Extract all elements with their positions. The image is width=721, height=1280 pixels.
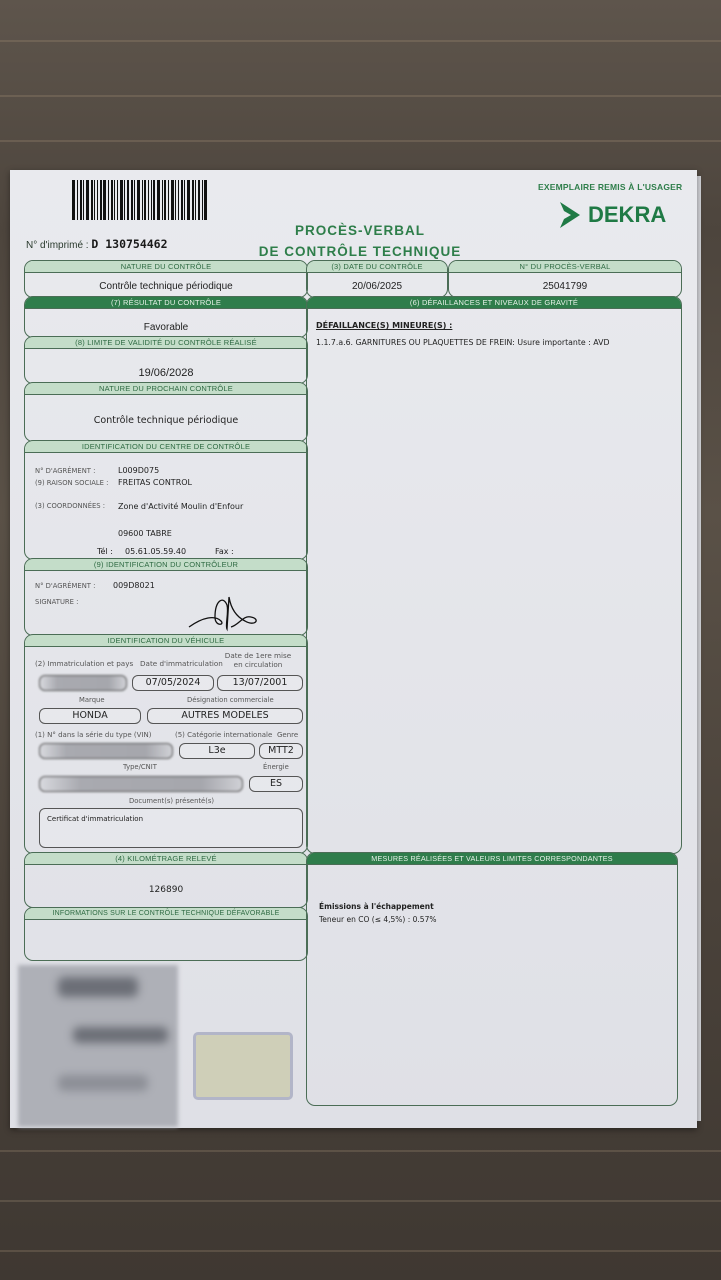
numero-pv-value: 25041799 — [449, 281, 681, 292]
centre-tel-value: 05.61.05.59.40 — [125, 547, 186, 556]
nature-controle-value: Contrôle technique périodique — [25, 281, 307, 292]
marque-value: HONDA — [39, 708, 141, 724]
mesures-header: MESURES RÉALISÉES ET VALEURS LIMITES COR… — [307, 853, 677, 865]
defaillances-header: (6) DÉFAILLANCES ET NIVEAUX DE GRAVITÉ — [307, 297, 681, 309]
immat-field-redacted — [39, 675, 127, 691]
prochain-controle-box: NATURE DU PROCHAIN CONTRÔLE Contrôle tec… — [24, 382, 308, 442]
vehicule-box: IDENTIFICATION DU VÉHICULE (2) Immatricu… — [24, 634, 308, 854]
type-field-redacted — [39, 776, 243, 792]
documents-value: Certificat d'immatriculation — [47, 812, 143, 826]
genre-label: Genre — [277, 731, 298, 739]
categorie-label: (5) Catégorie internationale — [175, 731, 272, 739]
type-label: Type/CNIT — [123, 763, 157, 771]
categorie-value: L3e — [179, 743, 255, 759]
wood-grain — [0, 40, 721, 42]
centre-coord-label: (3) COORDONNÉES : — [35, 502, 105, 510]
date-immat-label: Date d'immatriculation — [140, 659, 223, 668]
barcode-icon — [72, 180, 228, 220]
infos-defavorable-header: INFORMATIONS SUR LE CONTRÔLE TECHNIQUE D… — [25, 908, 307, 920]
centre-fax-label: Fax : — [215, 547, 234, 556]
immat-label: (2) Immatriculation et pays — [35, 659, 133, 668]
controleur-header: (9) IDENTIFICATION DU CONTRÔLEUR — [25, 559, 307, 571]
dekra-wordmark: DEKRA — [588, 202, 666, 228]
signature-icon — [185, 587, 265, 633]
centre-coord-value: Zone d'Activité Moulin d'Enfour — [118, 502, 243, 511]
document-page: N° d'imprimé : D 130754462 PROCÈS-VERBAL… — [10, 170, 697, 1128]
date-controle-value: 20/06/2025 — [307, 281, 447, 292]
resultat-value: Favorable — [25, 322, 307, 333]
redacted-address-block — [18, 965, 178, 1127]
energie-label: Énergie — [263, 763, 289, 771]
documents-label: Document(s) présenté(s) — [129, 797, 214, 805]
defaillances-category: DÉFAILLANCE(S) MINEURE(S) : — [316, 321, 452, 330]
prochain-controle-header: NATURE DU PROCHAIN CONTRÔLE — [25, 383, 307, 395]
prochain-controle-value: Contrôle technique périodique — [25, 415, 307, 426]
centre-ville: 09600 TABRE — [118, 529, 172, 538]
dekra-logo-icon — [558, 200, 582, 230]
controleur-agrement-value: 009D8021 — [113, 581, 155, 590]
limite-validite-value: 19/06/2028 — [25, 367, 307, 379]
vin-label: (1) N° dans la série du type (VIN) — [35, 731, 151, 739]
vin-field-redacted — [39, 743, 173, 759]
energie-value: ES — [249, 776, 303, 792]
numero-imprime-label: N° d'imprimé : — [26, 240, 89, 251]
premiere-mise-label: Date de 1ere mise en circulation — [223, 651, 293, 669]
wood-grain — [0, 1200, 721, 1202]
centre-agrement-value: L009D075 — [118, 466, 159, 475]
title-line2: DE CONTRÔLE TECHNIQUE — [245, 241, 475, 262]
paper-stack-edge — [697, 176, 701, 1121]
controleur-signature-label: SIGNATURE : — [35, 598, 78, 606]
vehicule-header: IDENTIFICATION DU VÉHICULE — [25, 635, 307, 647]
exemplaire-label: EXEMPLAIRE REMIS À L'USAGER — [538, 182, 682, 192]
centre-raison-value: FREITAS CONTROL — [118, 478, 192, 487]
mesures-section: Émissions à l'échappement — [319, 902, 434, 911]
controleur-box: (9) IDENTIFICATION DU CONTRÔLEUR N° D'AG… — [24, 558, 308, 636]
infos-defavorable-box: INFORMATIONS SUR LE CONTRÔLE TECHNIQUE D… — [24, 907, 308, 961]
wood-grain — [0, 1150, 721, 1152]
centre-raison-label: (9) RAISON SOCIALE : — [35, 479, 108, 487]
premiere-mise-value: 13/07/2001 — [217, 675, 303, 691]
designation-label: Désignation commerciale — [187, 696, 274, 704]
genre-value: MTT2 — [259, 743, 303, 759]
limite-validite-box: (8) LIMITE DE VALIDITÉ DU CONTRÔLE RÉALI… — [24, 336, 308, 384]
nature-controle-header: NATURE DU CONTRÔLE — [25, 261, 307, 273]
wood-grain — [0, 1250, 721, 1252]
defaillances-box: (6) DÉFAILLANCES ET NIVEAUX DE GRAVITÉ D… — [306, 296, 682, 854]
resultat-box: (7) RÉSULTAT DU CONTRÔLE Favorable — [24, 296, 308, 338]
centre-controle-box: IDENTIFICATION DU CENTRE DE CONTRÔLE N° … — [24, 440, 308, 560]
kilometrage-value: 126890 — [25, 885, 307, 895]
stamp-label-redacted — [193, 1032, 293, 1100]
date-controle-box: (3) DATE DU CONTRÔLE 20/06/2025 — [306, 260, 448, 298]
nature-controle-box: NATURE DU CONTRÔLE Contrôle technique pé… — [24, 260, 308, 298]
resultat-header: (7) RÉSULTAT DU CONTRÔLE — [25, 297, 307, 309]
mesures-line: Teneur en CO (≤ 4,5%) : 0.57% — [319, 915, 436, 924]
defaillance-item: 1.1.7.a.6. GARNITURES OU PLAQUETTES DE F… — [316, 338, 609, 347]
controleur-agrement-label: N° D'AGRÉMENT : — [35, 582, 95, 590]
title-line1: PROCÈS-VERBAL — [245, 220, 475, 241]
numero-pv-header: N° DU PROCÈS-VERBAL — [449, 261, 681, 273]
designation-value: AUTRES MODELES — [147, 708, 303, 724]
mesures-box: MESURES RÉALISÉES ET VALEURS LIMITES COR… — [306, 852, 678, 1106]
date-controle-header: (3) DATE DU CONTRÔLE — [307, 261, 447, 273]
marque-label: Marque — [79, 696, 105, 704]
numero-imprime-value: D 130754462 — [91, 237, 167, 251]
numero-pv-box: N° DU PROCÈS-VERBAL 25041799 — [448, 260, 682, 298]
centre-header: IDENTIFICATION DU CENTRE DE CONTRÔLE — [25, 441, 307, 453]
kilometrage-box: (4) KILOMÉTRAGE RELEVÉ 126890 — [24, 852, 308, 908]
document-title: PROCÈS-VERBAL DE CONTRÔLE TECHNIQUE — [245, 220, 475, 262]
kilometrage-header: (4) KILOMÉTRAGE RELEVÉ — [25, 853, 307, 865]
wood-grain — [0, 95, 721, 97]
centre-tel-label: Tél : — [97, 547, 113, 556]
numero-imprime: N° d'imprimé : D 130754462 — [26, 237, 168, 251]
centre-agrement-label: N° D'AGRÉMENT : — [35, 467, 95, 475]
dekra-logo: DEKRA — [558, 200, 666, 230]
wood-grain — [0, 140, 721, 142]
date-immat-value: 07/05/2024 — [132, 675, 214, 691]
limite-validite-header: (8) LIMITE DE VALIDITÉ DU CONTRÔLE RÉALI… — [25, 337, 307, 349]
documents-box: Certificat d'immatriculation — [39, 808, 303, 848]
